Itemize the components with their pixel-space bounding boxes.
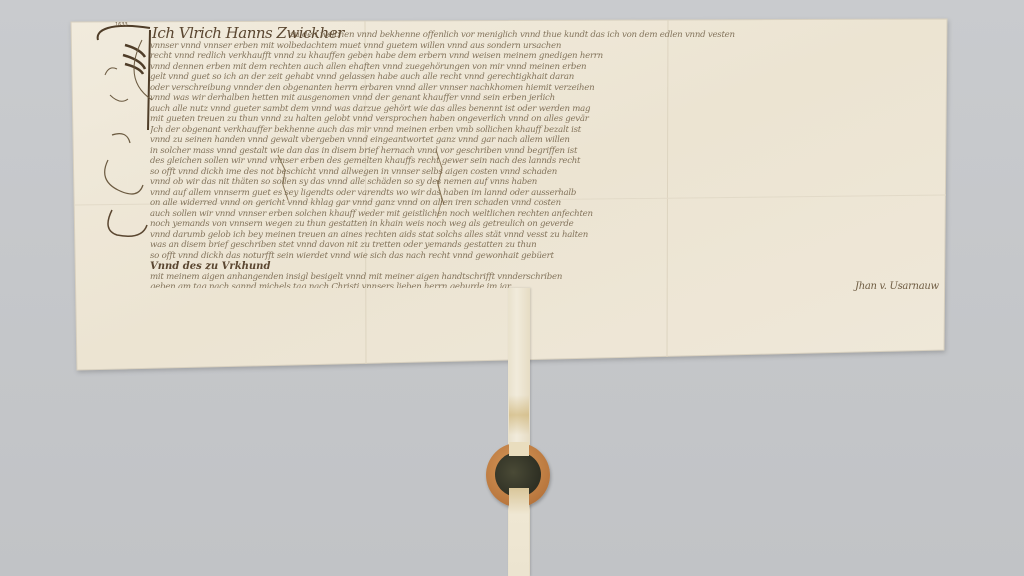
- text-line: noch yemands von vnnsern wegen zu thun g…: [150, 219, 573, 229]
- text-line: vnnd dennen erben mit dem rechten auch a…: [150, 62, 586, 72]
- text-line: mit gueten treuen zu thun vnnd zu halten…: [150, 114, 589, 124]
- text-line: so offt vnnd dickh das noturfft sein wie…: [150, 251, 554, 261]
- text-line: vnnd zu seinen handen vnnd gewalt vberge…: [150, 135, 570, 145]
- charter-text-body: zu den welchen vnnd bekhenne offenlich v…: [150, 30, 940, 288]
- text-line: oder verschreibung vnnder den obgenanten…: [150, 83, 594, 93]
- text-line: vnnser vnnd vnnser erben mit wolbedachte…: [150, 41, 561, 51]
- archive-number: 1633: [115, 22, 128, 28]
- text-line: in solcher mass vnnd gestalt wie dan das…: [150, 146, 577, 156]
- text-line: zu den welchen vnnd bekhenne offenlich v…: [290, 30, 735, 40]
- text-line: recht vnnd redlich verkhaufft vnnd zu kh…: [150, 51, 603, 61]
- text-line: geben am tag nach sannd michels tag nach…: [150, 282, 670, 288]
- text-line: was an disem brief geschriben stet vnnd …: [150, 240, 536, 250]
- signature: Jhan v. Usarnauw: [855, 281, 939, 292]
- seal-tag-lower: [509, 488, 529, 576]
- text-line: mit meinem aigen anhangenden insigl besi…: [150, 272, 562, 282]
- text-line: vnnd darumb gelob ich bey meinen treuen …: [150, 230, 588, 240]
- closing-formula: Vnnd des zu Vrkhund: [150, 261, 270, 272]
- text-line: gelt vnnd guet so ich an der zeit gehabt…: [150, 72, 574, 82]
- text-line: auch sollen wir vnnd vnnser erben solche…: [150, 209, 593, 219]
- text-line: vnnd ob wir das nit thäten so sollen sy …: [150, 177, 537, 187]
- text-line: auch alle nutz vnnd gueter sambt dem vnn…: [150, 104, 590, 114]
- seal-tag-upper-overlap: [509, 442, 529, 456]
- text-line: des gleichen sollen wir vnnd vnnser erbe…: [150, 156, 580, 166]
- text-line: vnnd was wir derhalben hetten mit ausgen…: [150, 93, 555, 103]
- text-line: Jch der obgenant verkhauffer bekhenne au…: [150, 125, 581, 135]
- text-line: so offt vnnd dickh ime des not beschicht…: [150, 167, 557, 177]
- text-line: vnnd auf allem vnnserm guet es sey ligen…: [150, 188, 576, 198]
- tag-stain: [509, 395, 529, 435]
- text-line: on alle widerred vnnd on gericht vnnd kh…: [150, 198, 561, 208]
